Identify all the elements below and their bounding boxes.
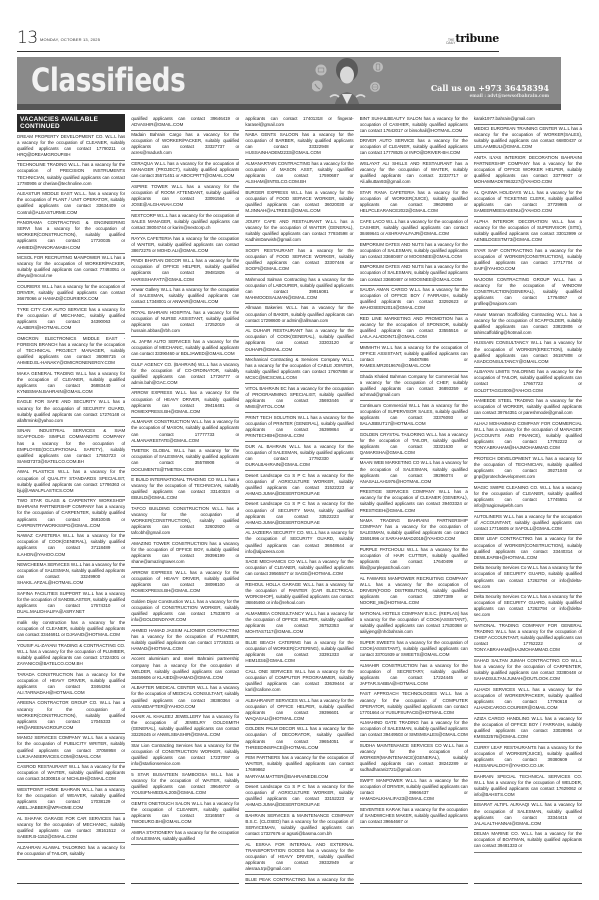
classified-ad: MAGIC SWIPE CLEANING CO. W.L.L has a vac… bbox=[474, 483, 582, 512]
classified-ad: AMIRA STATIONERY has a vacancy for the o… bbox=[131, 828, 239, 845]
classified-ad: ALHAJ MOHAMMAD COMPANY FOR COMMERCIAL W.… bbox=[474, 419, 582, 454]
banner-bottom-strip bbox=[17, 104, 599, 110]
classified-ad: WESTPOINT HOME BAHRAIN W.L.L has a vacan… bbox=[17, 786, 125, 815]
classified-ad: malik sky construction has a vacancy for… bbox=[17, 618, 125, 641]
classified-ad: BINT SUHAILBEAUTY SALON has a vacancy fo… bbox=[360, 114, 468, 137]
classified-ad: MAAN WEB MARKETING CO W.L.L has a vacanc… bbox=[360, 459, 468, 488]
classified-ad: GOLDEN PALM DECOR W.L.L has a vacancy fo… bbox=[245, 725, 353, 754]
classified-ad: ALEASTUR MIDDLE EAST W.L.L. has a vacanc… bbox=[17, 190, 125, 219]
classified-ad: GULF AGENCY CO. (BAHRAIN) W.L.L has a va… bbox=[131, 360, 239, 389]
classified-ad: ALBAHRAINIT SERVICES W.L.L has a vacancy… bbox=[245, 696, 353, 725]
classified-ad: ALBAYAN LIMITS TAILORING has a vacancy f… bbox=[474, 368, 582, 397]
classified-ad: AL SHAFAK GARAGE FOR CAR SERVICES has a … bbox=[17, 814, 125, 843]
classified-ad: MEDICI EUROPEAN TRAINING CENTER W.L.L ha… bbox=[474, 125, 582, 154]
classified-ad: TARADA CONSTRUCTION has a vacancy for th… bbox=[17, 670, 125, 699]
classified-ad: CERAQUA W.L.L has a vacancy for the occu… bbox=[131, 160, 239, 183]
classified-ad: ARROW EXPRESS W.L.L has a vacancy for th… bbox=[131, 389, 239, 418]
classified-ad: AL JAZEERA SECURITY CO. W.L.L has a vaca… bbox=[245, 529, 353, 558]
classified-ad: SAFINA FACILITIES SUPPORT W.L.L has a va… bbox=[17, 590, 125, 619]
classified-ad: E BUILD INTERNATIONAL TRADING CO W.L.L h… bbox=[131, 476, 239, 505]
page-header: 13 MONDAY, OCTOBER 13, 2025 THE DAILY tr… bbox=[17, 30, 499, 52]
classified-ad: PROTECH DEVELOPMENT W.L.L has a vacancy … bbox=[474, 454, 582, 483]
classified-ad: Desert Landscape Co S P C has a vacancy … bbox=[245, 500, 353, 529]
classified-ad: Mahmood Salman Contracting has a vacancy… bbox=[245, 275, 353, 304]
classified-ad: SAHAD SALTAN JUMAH CONTRACTING CO W.L.L … bbox=[474, 657, 582, 686]
classified-ad: ALMAHIND GATE TRADING has a vacancy for … bbox=[360, 719, 468, 742]
classified-ad: DRIVER AUTO SERVICE has a vacancy for th… bbox=[360, 137, 468, 160]
classified-ad: AREENA CONTRACTOR GROUP CO. W.L.L has a … bbox=[17, 699, 125, 734]
classified-ad: SUDHA MAINTENANCE SERVICES CO W.L.L has … bbox=[360, 742, 468, 777]
classified-ad: 5 STAR BUSAITEEN SAMBOOSA W.L.L has a va… bbox=[131, 770, 239, 799]
classified-ad: AL JAFIM AUTO SERVICES has a vacancy for… bbox=[131, 337, 239, 360]
column-2: qualified applicants can contact 3964641… bbox=[131, 114, 239, 884]
classified-ad: WSLAYAT ALI SHILLS AND RESTAURANT has a … bbox=[360, 160, 468, 189]
classified-ad: RAYYA CAFETERIA has a vacancy for the oc… bbox=[131, 234, 239, 257]
classified-ad: PINDI BHATIAN DECOR W.L.L has a vacancy … bbox=[131, 257, 239, 286]
classified-ad: AWAL PLASTICS W.L.L has a vacancy for th… bbox=[17, 468, 125, 497]
classified-ad: Anwar Mannan Scaffolding Contracting W.L… bbox=[474, 310, 582, 339]
classified-ad: AUTOLINERS W.L.L has a vacancy for the o… bbox=[474, 512, 582, 535]
classified-ad: AL FAWARIS MANPOWER RECRUITING COMPANY W… bbox=[360, 574, 468, 609]
classified-ad: Anwar Gallery W.L.L has a vacancy for th… bbox=[131, 286, 239, 309]
classified-ad: SWIFT MANPOWER W.L.L has a vacancy for t… bbox=[360, 777, 468, 806]
masthead-small-text: THE DAILY bbox=[446, 39, 454, 45]
classified-ad: HUSSAIN CONSULTANCY W.L.L has a vacancy … bbox=[474, 339, 582, 368]
classified-ad: Delta Security Services Co W.L.L has a v… bbox=[474, 593, 582, 622]
classified-ad: SUPER SWEETS has a vacancy for the occup… bbox=[360, 638, 468, 661]
classified-ad: FAST APPROACH TECHNOLOGIES W.L.L has a v… bbox=[360, 690, 468, 719]
classified-ad: DUR AL BAHRAIN W.L.L has a vacancy for t… bbox=[245, 442, 353, 471]
classified-ad: TYRE CITY CAR AUTO SERVICE has a vacancy… bbox=[17, 305, 125, 334]
classified-ad: AZIZA CARGO HANDLING W.L.L has a vacancy… bbox=[474, 714, 582, 743]
classified-ad: AL QASWA HOLIDAYS W.L.L has a vacancy fo… bbox=[474, 188, 582, 217]
classified-ad: MMMHTH W.L.L has a vacancy for the occup… bbox=[360, 343, 468, 372]
classified-ad: SAGE MECHANICS CO W.L.L has a vacancy fo… bbox=[245, 558, 353, 581]
classified-ad: EAGLE FOR SAFE AND SECURITY W.L.L has a … bbox=[17, 398, 125, 427]
classified-ad: NATIONAL HOTELS COMPANY B.S.C. (REPLAS) … bbox=[360, 609, 468, 638]
classified-ad: Allmaan Bakeries W.L.L has a vacancy for… bbox=[245, 304, 353, 327]
classified-ad: BISARAT ALTIFL ALRAAQI W.L.L has a vacan… bbox=[474, 801, 582, 830]
classified-ad: ALBAFTER MEDICAL CENTER W.L.L has a vaca… bbox=[131, 684, 239, 713]
classified-ad: PURPLE PATCHOULI W.L.L has a vacancy for… bbox=[360, 546, 468, 575]
classified-ad: ALHADI SERVICES W.L.L has a vacancy for … bbox=[474, 685, 582, 714]
contact-email: email : advt@newsofbahrain.com bbox=[431, 94, 549, 99]
classified-ad: SINAN INDUSTRIAL SERVICES & SIAM SCAFFOL… bbox=[17, 427, 125, 468]
classified-ad: ARROW EXPRESS W.L.L has a vacancy for th… bbox=[131, 568, 239, 597]
classified-ad: VITOL BAHRAIN EC has a vacancy for the o… bbox=[245, 384, 353, 413]
classified-ad: YOUSIF AL-ZAYANI TRADING & CONTRACTING C… bbox=[17, 641, 125, 670]
classified-ad: BURGER EXPRESS W.L.L has a vacancy for t… bbox=[245, 188, 353, 217]
classified-ad: MAKA GENERAL TRADING W.L.L has a vacancy… bbox=[17, 369, 125, 398]
classified-ad: EMPORIUM DATES AND NUTS has a vacancy fo… bbox=[360, 263, 468, 286]
classified-ad: Delta Security Services Co W.L.L has a v… bbox=[474, 564, 582, 593]
banner-illustration bbox=[312, 57, 387, 110]
classified-ad: NEXTCORP W.L.L has a vacancy for the occ… bbox=[131, 211, 239, 234]
classified-ad: TMETEK GLOBAL W.L.L has a vacancy for th… bbox=[131, 447, 239, 476]
classified-ad: AMAZING TOWER CONSTRUCTION has a vacancy… bbox=[131, 539, 239, 568]
classified-ad: MCSOL FOR RECRUITING MANPOWER W.L.L has … bbox=[17, 254, 125, 283]
classified-ad: NEWCHEEMA SERVICES W.L.L has a vacancy f… bbox=[17, 561, 125, 590]
classified-ad: Accent aluminium and steel Bahraini part… bbox=[131, 655, 239, 684]
classified-ad: AHMED HAMAD JASSIM ALJONIER CONTRACTING … bbox=[131, 626, 239, 655]
classified-ad: BAHRAIN SERVICES & MAINTENANCE COMPANY B… bbox=[245, 812, 353, 841]
classified-ad: GOLDEN CRYSTAL TAILORING W.L.L has a vac… bbox=[360, 430, 468, 459]
classified-ad: AL ESRAA FOR INTERNAL AND EXTERNAL TRANS… bbox=[245, 840, 353, 875]
classified-ad: CAFE LACO W.L.L has a vacancy for the oc… bbox=[360, 217, 468, 240]
classified-ad: ASPIRE TOWER W.L.L has a vacancy for the… bbox=[131, 182, 239, 211]
classified-ad: DREAM PROPERTY DEVELOPMENT CO. W.L.L has… bbox=[17, 132, 125, 161]
classified-ad: SYAR SAIF CONTRACTING has a vacancy for … bbox=[474, 246, 582, 275]
classified-ad: FEM PARTNERS has a vacancy for the occup… bbox=[245, 754, 353, 783]
classified-ad: ROYAL BAHRAIN HOSPITAL has a vacancy for… bbox=[131, 308, 239, 337]
masthead-name: tribune bbox=[455, 32, 499, 45]
classified-ad: Golden Diyar Construction W.L.L has a va… bbox=[131, 597, 239, 626]
banner-contact: Call us on +973 36458394 email : advt@ne… bbox=[431, 83, 549, 99]
classified-ad: BLUE BEACH CATERING has a vacancy for th… bbox=[245, 638, 353, 667]
classified-ad: AL DUHAIR RESTAURANT has a vacancy for t… bbox=[245, 327, 353, 356]
classified-ad: RED LINE MARKETING AND PROMOTION has a v… bbox=[360, 315, 468, 344]
classified-ad: ALMAMBEA CONSULTANCY W.L.L has a vacancy… bbox=[245, 609, 353, 638]
contact-phone: Call us on +973 36458394 bbox=[431, 83, 549, 93]
classified-ad: STAR RANA CAFETERIA has a vacancy for th… bbox=[360, 188, 468, 217]
classified-ad: ALPHA INTERIOR DECORATION W.L.L has a va… bbox=[474, 217, 582, 246]
phone-icon bbox=[312, 81, 323, 92]
envelope-icon bbox=[316, 65, 327, 76]
classified-ad: HAMEEDE STEEL TRADING has a vacancy for … bbox=[474, 397, 582, 420]
classified-ad: OMICRON ELECTRONICS MIDDLE EAST - FOREIG… bbox=[17, 334, 125, 369]
classified-ad: NAWAZ CAFETERIA W.L.L has a vacancy for … bbox=[17, 532, 125, 561]
classified-ad: ALZAHRAN ALAWAL TAILORING has a vacancy … bbox=[17, 843, 125, 860]
classified-ad: BLUE PEAK CONTRACTING has a vacancy for … bbox=[245, 875, 353, 884]
classified-ad: NAJOOM CONTRACTING GROUP W.L.L has a vac… bbox=[474, 275, 582, 310]
classified-ad: ALMANAR CONSTRUCTION W.L.L has a vacancy… bbox=[131, 418, 239, 447]
column-4: BINT SUHAILBEAUTY SALON has a vacancy fo… bbox=[360, 114, 468, 884]
page-number: 13 bbox=[17, 28, 38, 48]
classified-ad: SOOFI RESTAURANT has a vacancy for the o… bbox=[245, 246, 353, 275]
classified-ad: Madain Bahrain Cargo has a vacancy for t… bbox=[131, 131, 239, 160]
classified-ad: JOURY CAFE AND RESTAURANT W.L.L has a va… bbox=[245, 217, 353, 246]
classified-ad: DEW LEAF CONTRACTING has a vacancy for t… bbox=[474, 535, 582, 564]
classified-ad: PANORAMA CONTRACTING & ENGINEERING SERVI… bbox=[17, 219, 125, 254]
classified-ad: DELMA MARINE CO. W.L.L has a vacancy for… bbox=[474, 830, 582, 853]
classified-ad: Desert Landscape Co S P C has a vacancy … bbox=[245, 471, 353, 500]
classified-ad: COURIERX W.L.L has a vacancy for the occ… bbox=[17, 282, 125, 305]
classified-ad: NABA GENTS SALOON has a vacancy for the … bbox=[245, 131, 353, 160]
classified-ad: qualified applicants can contact 3964641… bbox=[131, 114, 239, 131]
classified-ad: EMPORIUM DATES AND NUTS has a vacancy fo… bbox=[360, 240, 468, 263]
column-1: VACANCIES AVAILABLE CONTINUED DREAM PROP… bbox=[17, 114, 125, 884]
classified-ad: SEVENTIES KARAK has a vacancy for the oc… bbox=[360, 805, 468, 828]
column-3: applicants can contact 17401318 or finge… bbox=[245, 114, 353, 884]
classified-ad: karak1977.bahrain@gmail.com bbox=[474, 114, 582, 125]
classified-ad: applicants can contact 17401318 or finge… bbox=[245, 114, 353, 131]
mobile-icon bbox=[373, 62, 383, 72]
classified-ad: PRINT TECH SOLUTION W.L.L has a vacancy … bbox=[245, 413, 353, 442]
classified-ad: CALL ONE SERVICES W.L.L has a vacancy fo… bbox=[245, 667, 353, 696]
classifieds-banner: Classifieds Call us on +973 36458394 ema… bbox=[17, 57, 599, 110]
classified-ad: GEMTS ONETOUCH SALON W.L.L has a vacancy… bbox=[131, 799, 239, 828]
banner-margin bbox=[561, 57, 599, 110]
classified-columns: VACANCIES AVAILABLE CONTINUED DREAM PROP… bbox=[17, 114, 582, 886]
classified-ad: ANITA ILYAS INTERIOR DECORATION BAHRAINI… bbox=[474, 153, 582, 188]
classified-ad: Ghada Khaled Bahman Company for Commerci… bbox=[360, 372, 468, 401]
section-heading: VACANCIES AVAILABLE CONTINUED bbox=[17, 114, 125, 132]
classified-ad: BAHRAIN SPECIAL TECHNICAL SERVICES CO. W… bbox=[474, 772, 582, 801]
banner-title: Classifieds bbox=[31, 61, 185, 99]
classified-ad: Desert Landscape Co S P C has a vacancy … bbox=[245, 783, 353, 812]
classified-ad: KHAIR AL KHALEEJ JEWELLERY has a vacancy… bbox=[131, 713, 239, 742]
classified-ad: TAFCO BUILDING CONSTRUCTION W.L.L has a … bbox=[131, 504, 239, 539]
classified-ad: Mechanical Contracting & Services Compan… bbox=[245, 356, 353, 385]
classified-ad: MANOJ SERVICES COMPANY W.L.L has a vacan… bbox=[17, 734, 125, 763]
issue-date: MONDAY, OCTOBER 13, 2025 bbox=[40, 37, 100, 42]
classified-ad: NAMA TRADING BAHRAINI PARTNERSHIP COMPAN… bbox=[360, 517, 468, 546]
classified-ad: TWO STAR GLASS & CARPENTRY WORKSHOP BAHR… bbox=[17, 497, 125, 532]
column-5: karak1977.bahrain@gmail.comMEDICI EUROPE… bbox=[474, 114, 582, 884]
masthead-logo: THE DAILY tribune bbox=[446, 32, 499, 45]
classified-ad: PRESTIGE SERVICES COMPANY W.L.L has a va… bbox=[360, 488, 468, 517]
classified-ad: Continuum Commercial W.L.L has a vacancy… bbox=[360, 401, 468, 430]
classified-ad: REHOUL HOLLA GARAGE W.L.L has a vacancy … bbox=[245, 581, 353, 610]
classified-ad: TECHNOLINE TRADING W.L.L. has a vacancy … bbox=[17, 161, 125, 190]
classified-ad: CURRY LEAF RESTAURANTS has a vacancy for… bbox=[474, 743, 582, 772]
classified-ad: NATIONAL TRADING COMPANY FOR GENERAL TRA… bbox=[474, 622, 582, 657]
classified-ad: SAUDA AMAN CARGO W.L.L has a vacancy for… bbox=[360, 286, 468, 315]
classified-ad: Star Lion Contracting Services has a vac… bbox=[131, 742, 239, 771]
classified-ad: CASROD RESTAURANT W.L.L has a vacancy fo… bbox=[17, 763, 125, 786]
classified-ad: ALMAHIR CONSTRUCTION has a vacancy for t… bbox=[360, 661, 468, 690]
classified-ad: ALMANARTAIN CONTRACTING has a vacancy fo… bbox=[245, 160, 353, 189]
